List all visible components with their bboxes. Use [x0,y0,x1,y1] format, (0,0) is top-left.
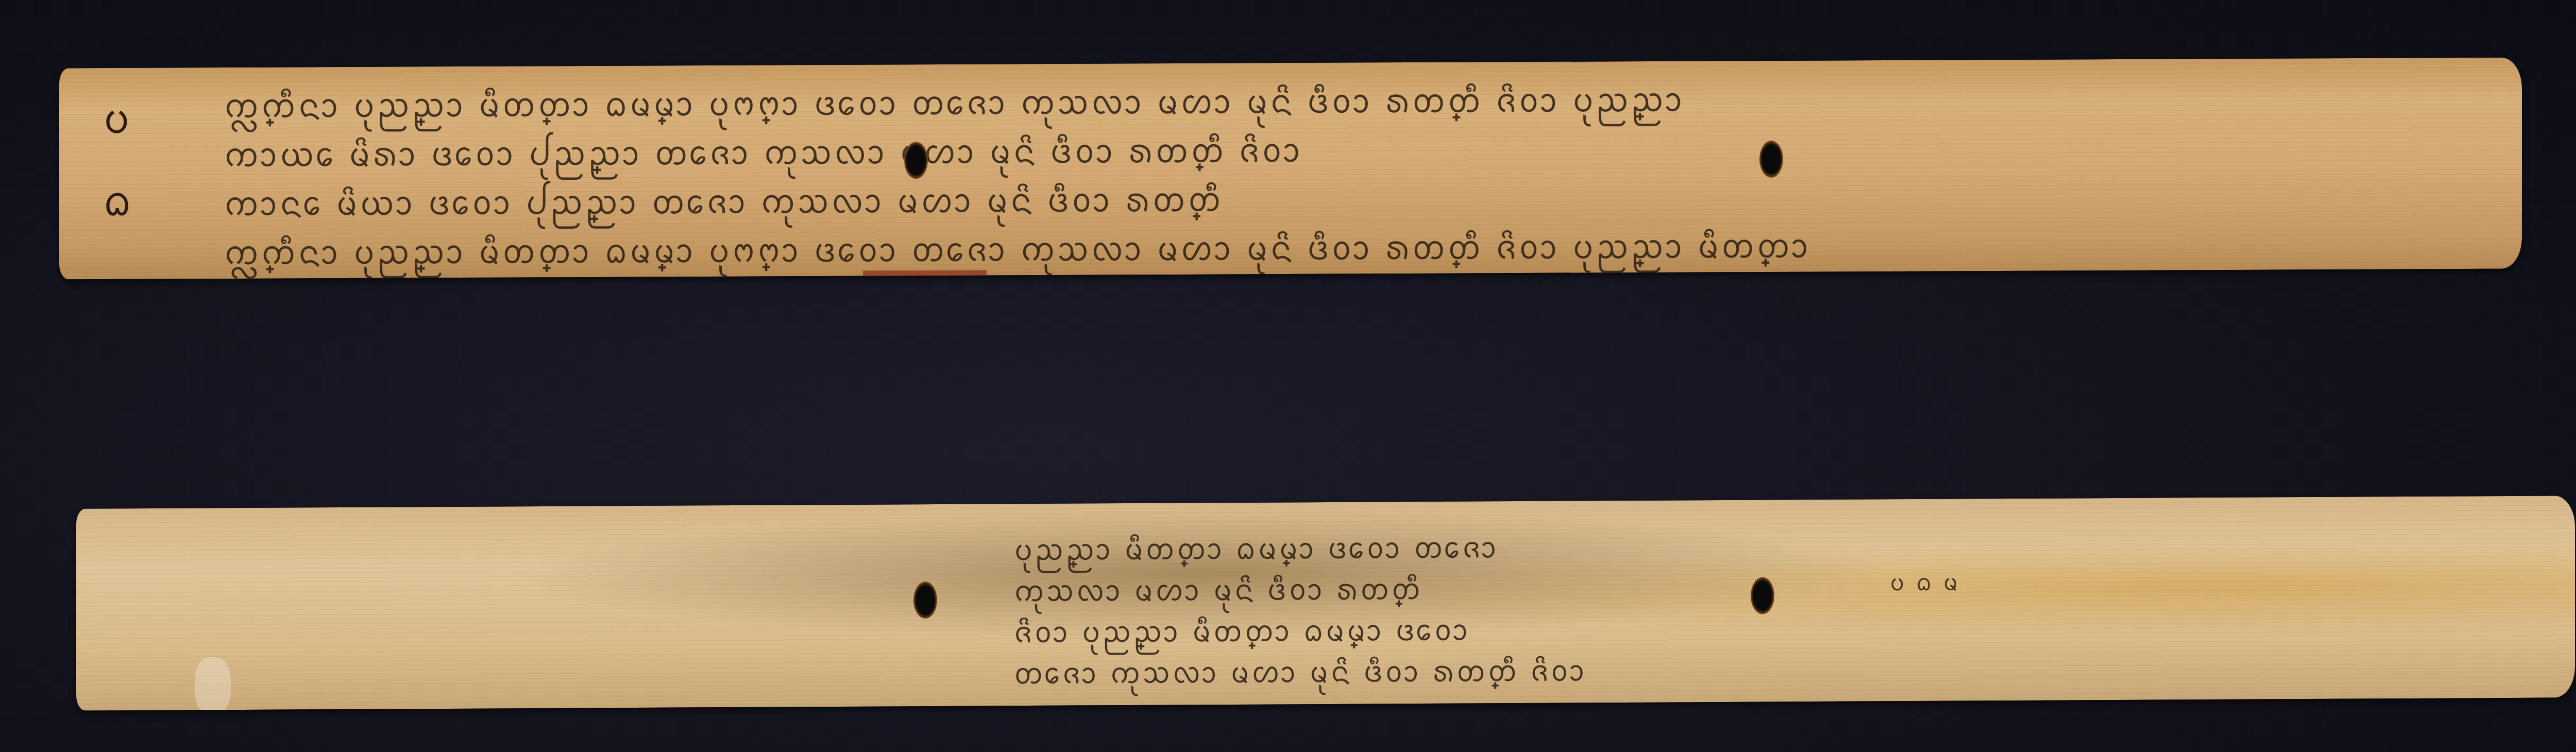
palm-leaf-manuscript-bottom: ᨷᩩᨬ᩠ᨬᩣ ᨾᩥᨲ᩠ᨲᩣ ᨵᨾ᩠ᨾᩣ ᨴᩮᩅᩣ ᨲᩮᨩᩣ ᨠᩩᩈᩃᩣ ᨾᩉᩣ … [76,495,2575,710]
script-line-3: ᨩᩦᩅᩣ ᨷᩩᨬ᩠ᨬᩣ ᨾᩥᨲ᩠ᨲᩣ ᨵᨾ᩠ᨾᩣ ᨴᩮᩅᩣ [1014,610,1470,658]
script-line-3: ᨠᩣᨶᩮ ᨾᩦᨿᩣ ᨴᩮᩅᩣ ᨸᩩᨬ᩠ᨬᩣ ᨲᩮᨩᩣ ᨠᩩᩈᩃᩣ ᨾᩉᩣ ᨾᩩᨶ… [224,177,1224,233]
red-edge-stain [863,270,987,276]
script-line-2: ᨠᩩᩈᩃᩣ ᨾᩉᩣ ᨾᩩᨶᩦ ᨴᩥᩅᩣ ᩁᨲ᩠ᨲᩥ [1014,569,1423,617]
script-line-1: ᨠᩖ᩠ᨠᩥᨶᩣ ᨷᩩᨬ᩠ᨬᩣ ᨾᩥᨲ᩠ᨲᩣ ᨵᨾ᩠ᨾᩣ ᨷᩩᨻ᩠ᨻᩣ ᨴᩮᩅᩣ … [224,77,1685,135]
palm-leaf-manuscript-top: ᨷ ᨵ ᨠᩖ᩠ᨠᩥᨶᩣ ᨷᩩᨬ᩠ᨬᩣ ᨾᩥᨲ᩠ᨲᩣ ᨵᨾ᩠ᨾᩣ ᨷᩩᨻ᩠ᨻᩣ ᨴ… [59,58,2522,280]
binding-hole-left [913,582,937,619]
margin-mark-1: ᨷ [103,89,130,155]
script-line-2: ᨠᩣᨿᩮ ᨾᩦᩁᩣ ᨴᩮᩅᩣ ᨸᩩᨬ᩠ᨬᩣ ᨲᩮᨩᩣ ᨠᩩᩈᩃᩣ ᨾᩉᩣ ᨾᩩᨶ… [224,127,1303,184]
script-line-1: ᨷᩩᨬ᩠ᨬᩣ ᨾᩥᨲ᩠ᨲᩣ ᨵᨾ᩠ᨾᩣ ᨴᩮᩅᩣ ᨲᩮᨩᩣ [1014,527,1499,575]
script-line-4: ᨲᩮᨩᩣ ᨠᩩᩈᩃᩣ ᨾᩉᩣ ᨾᩩᨶᩦ ᨴᩥᩅᩣ ᩁᨲ᩠ᨲᩥ ᨩᩦᩅᩣ [1014,650,1587,699]
script-line-4: ᨠᩖ᩠ᨠᩥᨶᩣ ᨷᩩᨬ᩠ᨬᩣ ᨾᩥᨲ᩠ᨲᩣ ᨵᨾ᩠ᨾᩣ ᨷᩩᨻ᩠ᨻᩣ ᨴᩮᩅᩣ … [224,223,1811,280]
side-note: ᨷ ᨵ ᨾ [1890,566,1960,603]
margin-mark-2: ᨵ [103,171,131,237]
pale-stain [195,657,231,711]
binding-hole-left [904,142,928,179]
binding-hole-right [1751,577,1774,614]
binding-hole-right [1759,141,1783,178]
